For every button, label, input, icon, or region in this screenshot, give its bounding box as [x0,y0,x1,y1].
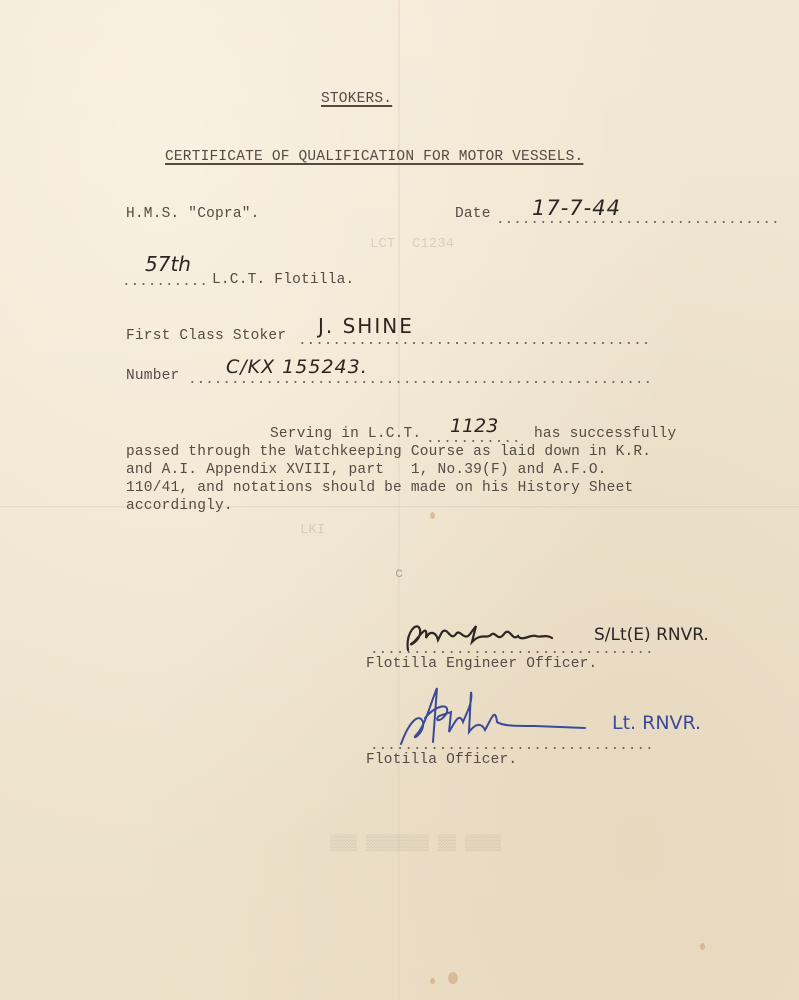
faint-mark-c: c [395,566,403,582]
certificate-page: STOKERS. CERTIFICATE OF QUALIFICATION FO… [0,0,799,1000]
heading: STOKERS. [321,91,392,107]
body-line-3: and A.I. Appendix XVIII, part 1, No.39(F… [126,462,607,478]
stain [448,972,458,984]
officer-signature-line [370,747,652,749]
date-value: 17-7-44 [532,196,621,220]
engineer-rank: S/Lt(E) RNVR. [594,625,709,645]
ship-label: H.M.S. "Copra". [126,206,260,222]
flotilla-number-value: 57th [145,252,191,276]
lct-number-value: 1123 [450,415,498,437]
flotilla-label: L.C.T. Flotilla. [212,272,354,288]
body-line-1-suffix: has successfully [534,426,676,442]
faint-bleed-through-2: LKI [300,522,325,538]
body-line-1-prefix: Serving in L.C.T. [270,426,421,442]
officer-rank: Lt. RNVR. [612,712,701,734]
stain [700,943,705,950]
engineer-title: Flotilla Engineer Officer. [366,656,597,672]
number-dotted-line [188,381,650,383]
faint-bleed-through-3: ▒▒▒ ▒▒▒▒▒▒▒ ▒▒ ▒▒▒▒ [330,835,501,852]
body-line-2: passed through the Watchkeeping Course a… [126,444,651,460]
engineer-signature-line [370,651,652,653]
service-number-value: C/KX 155243. [226,356,368,378]
stain [430,978,435,984]
name-dotted-line [298,342,650,344]
certificate-title: CERTIFICATE OF QUALIFICATION FOR MOTOR V… [165,149,583,165]
date-dotted-line [496,221,778,223]
paper-fold-horizontal [0,505,799,508]
stain [430,512,435,519]
faint-bleed-through: LCT C1234 [370,236,454,252]
officer-signature [395,682,605,752]
flotilla-dotted-line [122,283,208,285]
stoker-name-value: J. SHINE [318,314,414,338]
number-label: Number [126,368,179,384]
rank-label: First Class Stoker [126,328,286,344]
date-label: Date [455,206,491,222]
officer-title: Flotilla Officer. [366,752,517,768]
body-line-4: 110/41, and notations should be made on … [126,480,633,496]
lct-dotted-line [426,440,522,442]
body-line-5: accordingly. [126,498,233,514]
